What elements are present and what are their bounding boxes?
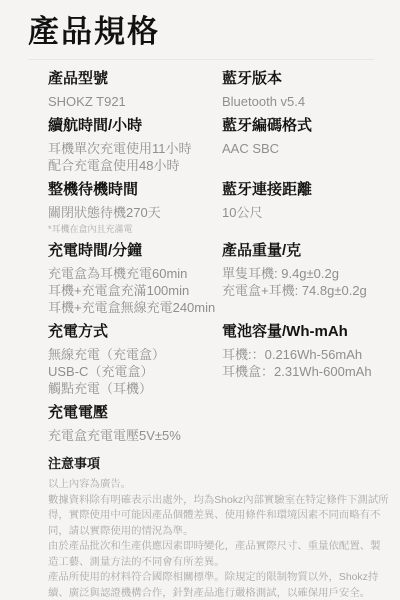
note-paragraph: 由於產品批次和生產供應因素即時變化，產品實際尺寸、重量依配置、製造工藝、測量方法… (48, 539, 390, 570)
spec-block-battery-capacity: 電池容量/Wh-mAh 耳機:：0.216Wh-56mAh 耳機盒：2.31Wh… (222, 324, 390, 397)
spec-heading: 續航時間/小時 (48, 118, 222, 134)
spec-row-1: 產品型號 SHOKZ T921 藍牙版本 Bluetooth v5.4 (48, 71, 390, 118)
spec-block-charging-time: 充電時間/分鐘 充電盒為耳機充電60min 耳機+充電盒充滿100min 耳機+… (48, 243, 222, 316)
spec-row-4: 充電時間/分鐘 充電盒為耳機充電60min 耳機+充電盒充滿100min 耳機+… (48, 243, 390, 324)
spec-line: USB-C（充電盒） (48, 363, 222, 380)
spec-block-charging-method: 充電方式 無線充電（充電盒） USB-C（充電盒） 觸點充電（耳機） (48, 324, 222, 397)
spec-grid: 產品型號 SHOKZ T921 藍牙版本 Bluetooth v5.4 續航時間… (0, 60, 400, 452)
note-paragraph: 以上內容為廣告。 (48, 477, 390, 493)
spec-heading: 產品重量/克 (222, 243, 390, 259)
spec-row-6: 充電電壓 充電盒充電電壓5V±5% (48, 405, 390, 452)
spec-line: 耳機單次充電使用11小時 (48, 140, 222, 157)
spec-block-product-model: 產品型號 SHOKZ T921 (48, 71, 222, 110)
spec-line: AAC SBC (222, 140, 390, 157)
spec-heading: 藍牙連接距離 (222, 182, 390, 198)
spec-heading: 藍牙版本 (222, 71, 390, 87)
spec-line: 配合充電盒使用48小時 (48, 157, 222, 174)
spec-line: 充電盒+耳機: 74.8g±0.2g (222, 282, 390, 299)
spec-line: 耳機+充電盒充滿100min (48, 282, 222, 299)
product-spec-page: 產品規格 產品型號 SHOKZ T921 藍牙版本 Bluetooth v5.4… (0, 0, 400, 600)
spec-line: SHOKZ T921 (48, 93, 222, 110)
spec-block-battery-life: 續航時間/小時 耳機單次充電使用11小時 配合充電盒使用48小時 (48, 118, 222, 174)
spec-footnote: *耳機在盒內且充滿電 (48, 223, 222, 235)
spec-heading: 電池容量/Wh-mAh (222, 324, 390, 340)
spec-block-empty (222, 405, 390, 444)
spec-line: 耳機盒：2.31Wh-600mAh (222, 363, 390, 380)
spec-heading: 充電方式 (48, 324, 222, 340)
notes-section: 注意事項 以上內容為廣告。 數據資料除有明確表示出處外，均為Shokz內部實驗室… (0, 452, 400, 600)
spec-line: 充電盒充電電壓5V±5% (48, 427, 222, 444)
spec-heading: 藍牙編碼格式 (222, 118, 390, 134)
spec-block-bluetooth-codec: 藍牙編碼格式 AAC SBC (222, 118, 390, 174)
spec-heading: 充電電壓 (48, 405, 222, 421)
spec-row-5: 充電方式 無線充電（充電盒） USB-C（充電盒） 觸點充電（耳機） 電池容量/… (48, 324, 390, 405)
note-paragraph: 數據資料除有明確表示出處外，均為Shokz內部實驗室在特定條件下測試所得，實際使… (48, 493, 390, 540)
spec-block-product-weight: 產品重量/克 單隻耳機: 9.4g±0.2g 充電盒+耳機: 74.8g±0.2… (222, 243, 390, 316)
spec-row-2: 續航時間/小時 耳機單次充電使用11小時 配合充電盒使用48小時 藍牙編碼格式 … (48, 118, 390, 182)
notes-heading: 注意事項 (48, 456, 390, 471)
spec-line: 關閉狀態待機270天 (48, 204, 222, 221)
spec-heading: 產品型號 (48, 71, 222, 87)
spec-line: 單隻耳機: 9.4g±0.2g (222, 265, 390, 282)
spec-line: 10公尺 (222, 204, 390, 221)
spec-line: 耳機+充電盒無線充電240min (48, 299, 222, 316)
spec-block-standby-time: 整機待機時間 關閉狀態待機270天 *耳機在盒內且充滿電 (48, 182, 222, 235)
spec-line: 充電盒為耳機充電60min (48, 265, 222, 282)
spec-line: Bluetooth v5.4 (222, 93, 390, 110)
spec-heading: 整機待機時間 (48, 182, 222, 198)
spec-block-charging-voltage: 充電電壓 充電盒充電電壓5V±5% (48, 405, 222, 444)
spec-line: 耳機:：0.216Wh-56mAh (222, 346, 390, 363)
spec-row-3: 整機待機時間 關閉狀態待機270天 *耳機在盒內且充滿電 藍牙連接距離 10公尺 (48, 182, 390, 243)
spec-block-bluetooth-version: 藍牙版本 Bluetooth v5.4 (222, 71, 390, 110)
note-paragraph: 產品所使用的材料符合國際相關標準。除規定的限制物質以外，Shokz持續、廣泛與認… (48, 570, 390, 600)
spec-block-bluetooth-range: 藍牙連接距離 10公尺 (222, 182, 390, 235)
spec-heading: 充電時間/分鐘 (48, 243, 222, 259)
page-title: 產品規格 (28, 15, 374, 49)
spec-line: 無線充電（充電盒） (48, 346, 222, 363)
spec-line: 觸點充電（耳機） (48, 380, 222, 397)
page-header: 產品規格 (0, 0, 400, 60)
